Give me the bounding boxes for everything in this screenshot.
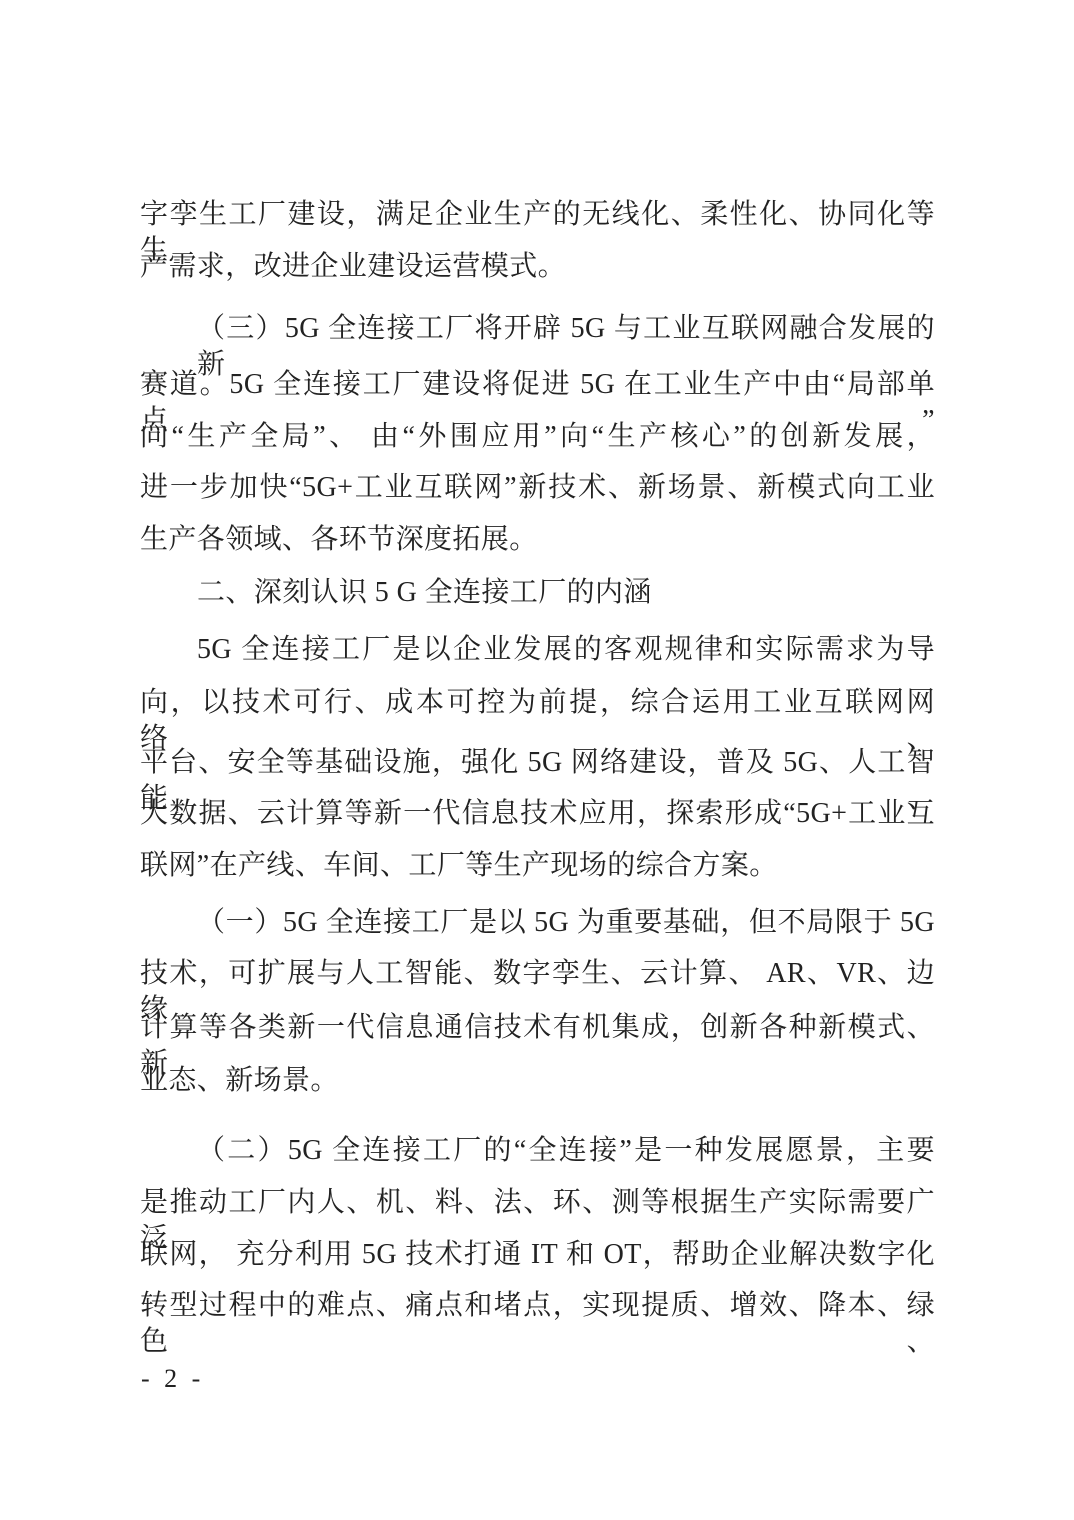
page-number: - 2 - [141, 1364, 204, 1394]
text-line-21: 转型过程中的难点、痛点和堵点，实现提质、增效、降本、绿色、 [140, 1288, 935, 1360]
text-line-7: 生产各领域、各环节深度拓展。 [140, 522, 935, 558]
section-heading: 二、深刻认识 5 G 全连接工厂的内涵 [140, 575, 935, 611]
text-line-18: （二）5G 全连接工厂的“全连接”是一种发展愿景，主要 [140, 1133, 935, 1169]
text-line-5: 向“生产全局”、 由“外围应用”向“生产核心”的创新发展， [140, 419, 935, 455]
document-page: 字孪生工厂建设，满足企业生产的无线化、柔性化、协同化等生 产需求，改进企业建设运… [0, 0, 1074, 1520]
text-line-20: 联网， 充分利用 5G 技术打通 IT 和 OT，帮助企业解决数字化 [140, 1237, 935, 1273]
text-line-14: （一）5G 全连接工厂是以 5G 为重要基础，但不局限于 5G [140, 905, 935, 941]
text-line-9: 5G 全连接工厂是以企业发展的客观规律和实际需求为导 [140, 632, 935, 668]
text-line-12: 大数据、云计算等新一代信息技术应用，探索形成“5G+工业互 [140, 796, 935, 832]
text-line-13: 联网”在产线、车间、工厂等生产现场的综合方案。 [140, 848, 935, 884]
text-line-2: 产需求，改进企业建设运营模式。 [140, 249, 935, 285]
text-line-17: 业态、新场景。 [140, 1063, 935, 1099]
text-line-6: 进一步加快“5G+工业互联网”新技术、新场景、新模式向工业 [140, 470, 935, 506]
